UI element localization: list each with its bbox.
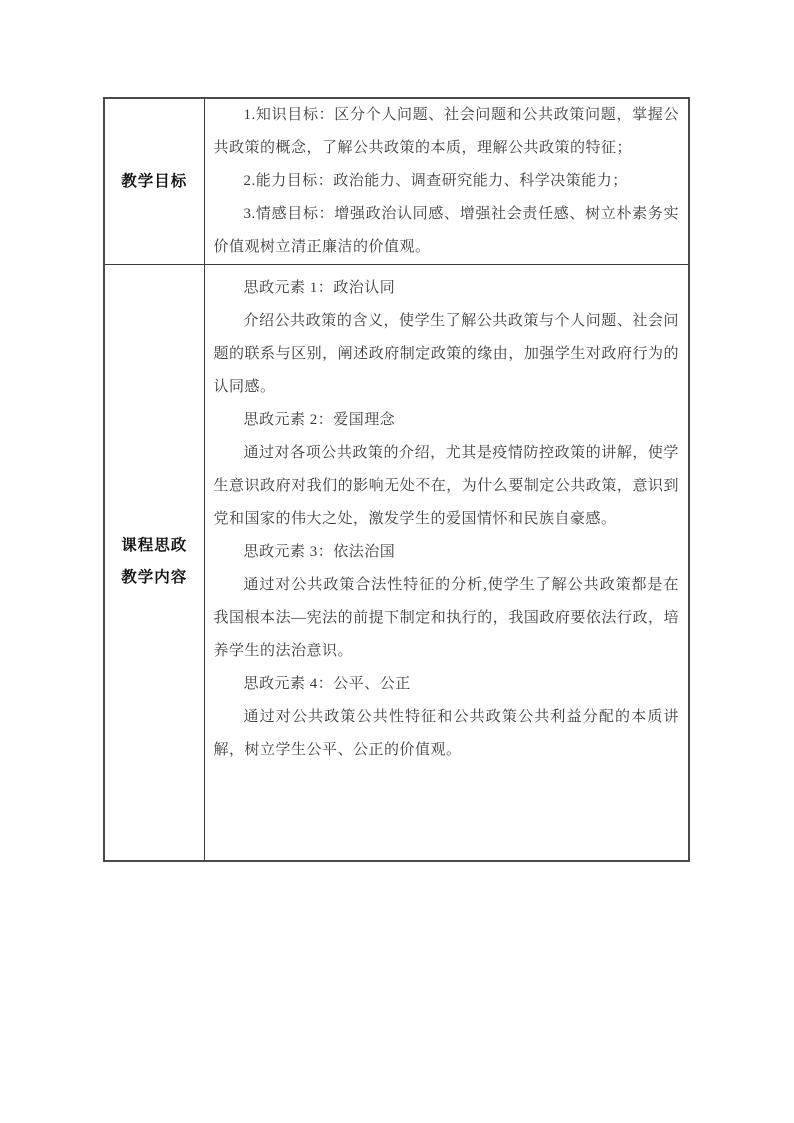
row-header-label-line1: 课程思政	[106, 530, 203, 562]
row-header-course-ideology: 课程思政 教学内容	[104, 265, 204, 861]
ideology-element-2-description: 通过对各项公共政策的介绍，尤其是疫情防控政策的讲解，使学生意识政府对我们的影响无…	[214, 437, 680, 536]
ideology-element-4-heading: 思政元素 4：公平、公正	[214, 668, 680, 701]
teaching-objectives-content: 1.知识目标：区分个人问题、社会问题和公共政策问题，掌握公共政策的概念，了解公共…	[204, 98, 689, 265]
ideology-element-1-heading: 思政元素 1：政治认同	[214, 272, 680, 305]
ideology-element-3-heading: 思政元素 3：依法治国	[214, 536, 680, 569]
lesson-plan-table: 教学目标 1.知识目标：区分个人问题、社会问题和公共政策问题，掌握公共政策的概念…	[103, 97, 690, 862]
course-ideology-content: 思政元素 1：政治认同 介绍公共政策的含义，使学生了解公共政策与个人问题、社会问…	[204, 265, 689, 861]
document-page: 教学目标 1.知识目标：区分个人问题、社会问题和公共政策问题，掌握公共政策的概念…	[0, 0, 794, 1123]
ideology-element-1-description: 介绍公共政策的含义，使学生了解公共政策与个人问题、社会问题的联系与区别，阐述政府…	[214, 305, 680, 404]
ideology-element-3-description: 通过对公共政策合法性特征的分析,使学生了解公共政策都是在我国根本法—宪法的前提下…	[214, 569, 680, 668]
row-header-label-line2: 教学内容	[106, 562, 203, 594]
objective-ability: 2.能力目标：政治能力、调查研究能力、科学决策能力；	[214, 165, 680, 198]
objective-knowledge: 1.知识目标：区分个人问题、社会问题和公共政策问题，掌握公共政策的概念，了解公共…	[214, 99, 680, 165]
row-teaching-objectives: 教学目标 1.知识目标：区分个人问题、社会问题和公共政策问题，掌握公共政策的概念…	[104, 98, 689, 265]
ideology-element-4-description: 通过对公共政策公共性特征和公共政策公共利益分配的本质讲解，树立学生公平、公正的价…	[214, 701, 680, 767]
ideology-element-2-heading: 思政元素 2：爱国理念	[214, 404, 680, 437]
row-header-label: 教学目标	[106, 166, 203, 198]
row-header-teaching-objectives: 教学目标	[104, 98, 204, 265]
objective-emotion: 3.情感目标：增强政治认同感、增强社会责任感、树立朴素务实价值观树立清正廉洁的价…	[214, 198, 680, 264]
row-course-ideology-content: 课程思政 教学内容 思政元素 1：政治认同 介绍公共政策的含义，使学生了解公共政…	[104, 265, 689, 861]
